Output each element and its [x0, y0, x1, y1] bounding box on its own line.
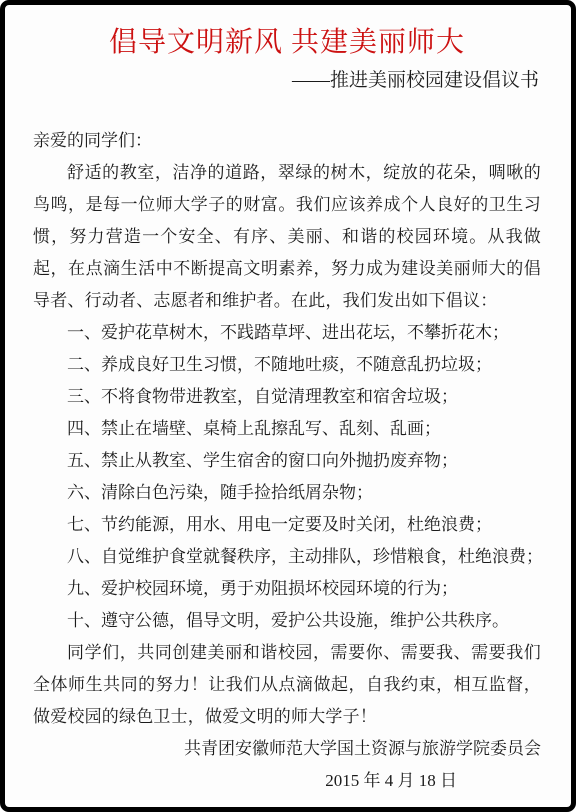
proposal-item-7: 七、节约能源，用水、用电一定要及时关闭，杜绝浪费； [33, 509, 541, 541]
salutation-line: 亲爱的同学们： [33, 125, 541, 157]
proposal-item-4: 四、禁止在墙壁、桌椅上乱擦乱写、乱刻、乱画； [33, 413, 541, 445]
scanned-document-page: 倡导文明新风 共建美丽师大 ——推进美丽校园建设倡议书 亲爱的同学们： 舒适的教… [0, 0, 576, 812]
proposal-item-9: 九、爱护校园环境，勇于劝阻损坏校园环境的行为； [33, 573, 541, 605]
closing-paragraph: 同学们，共同创建美丽和谐校园，需要你、需要我、需要我们全体师生共同的努力！让我们… [33, 637, 541, 733]
document-body: 亲爱的同学们： 舒适的教室，洁净的道路，翠绿的树木，绽放的花朵，啁啾的鸟鸣，是每… [33, 125, 541, 797]
document-title: 倡导文明新风 共建美丽师大 [33, 23, 541, 63]
intro-paragraph: 舒适的教室，洁净的道路，翠绿的树木，绽放的花朵，啁啾的鸟鸣，是每一位师大学子的财… [33, 157, 541, 317]
proposal-list: 一、爱护花草树木，不践踏草坪、进出花坛，不攀折花木； 二、养成良好卫生习惯，不随… [33, 317, 541, 637]
proposal-item-3: 三、不将食物带进教室，自觉清理教室和宿舍垃圾； [33, 381, 541, 413]
proposal-item-5: 五、禁止从教室、学生宿舍的窗口向外抛扔废弃物； [33, 445, 541, 477]
proposal-item-1: 一、爱护花草树木，不践踏草坪、进出花坛，不攀折花木； [33, 317, 541, 349]
document-content: 倡导文明新风 共建美丽师大 ——推进美丽校园建设倡议书 亲爱的同学们： 舒适的教… [5, 5, 571, 797]
document-subtitle: ——推进美丽校园建设倡议书 [33, 65, 541, 97]
proposal-item-8: 八、自觉维护食堂就餐秩序，主动排队，珍惜粮食，杜绝浪费； [33, 541, 541, 573]
proposal-item-10: 十、遵守公德，倡导文明，爱护公共设施，维护公共秩序。 [33, 605, 541, 637]
proposal-item-2: 二、养成良好卫生习惯，不随地吐痰，不随意乱扔垃圾； [33, 349, 541, 381]
proposal-item-6: 六、清除白色污染，随手捡拾纸屑杂物； [33, 477, 541, 509]
signature-line: 共青团安徽师范大学国土资源与旅游学院委员会 [33, 733, 541, 765]
date-line: 2015 年 4 月 18 日 [33, 765, 541, 797]
